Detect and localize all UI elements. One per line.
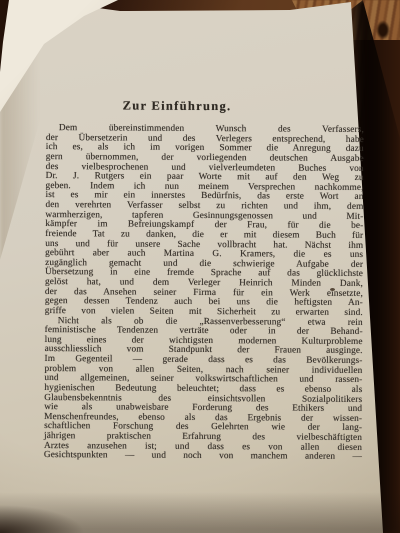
page-speck bbox=[330, 288, 335, 291]
text-line: Gesichtspunkten — und noch von manchem a… bbox=[44, 451, 362, 463]
printed-text-block: Zur Einführung. Dem übereinstimmenden Wu… bbox=[44, 98, 364, 463]
paragraph-2: Nicht als ob die „Rassenverbesserung“ et… bbox=[44, 317, 363, 463]
paragraph-1: Dem übereinstimmenden Wunsch des Verfass… bbox=[45, 124, 364, 318]
page-heading: Zur Einführung. bbox=[18, 98, 336, 115]
